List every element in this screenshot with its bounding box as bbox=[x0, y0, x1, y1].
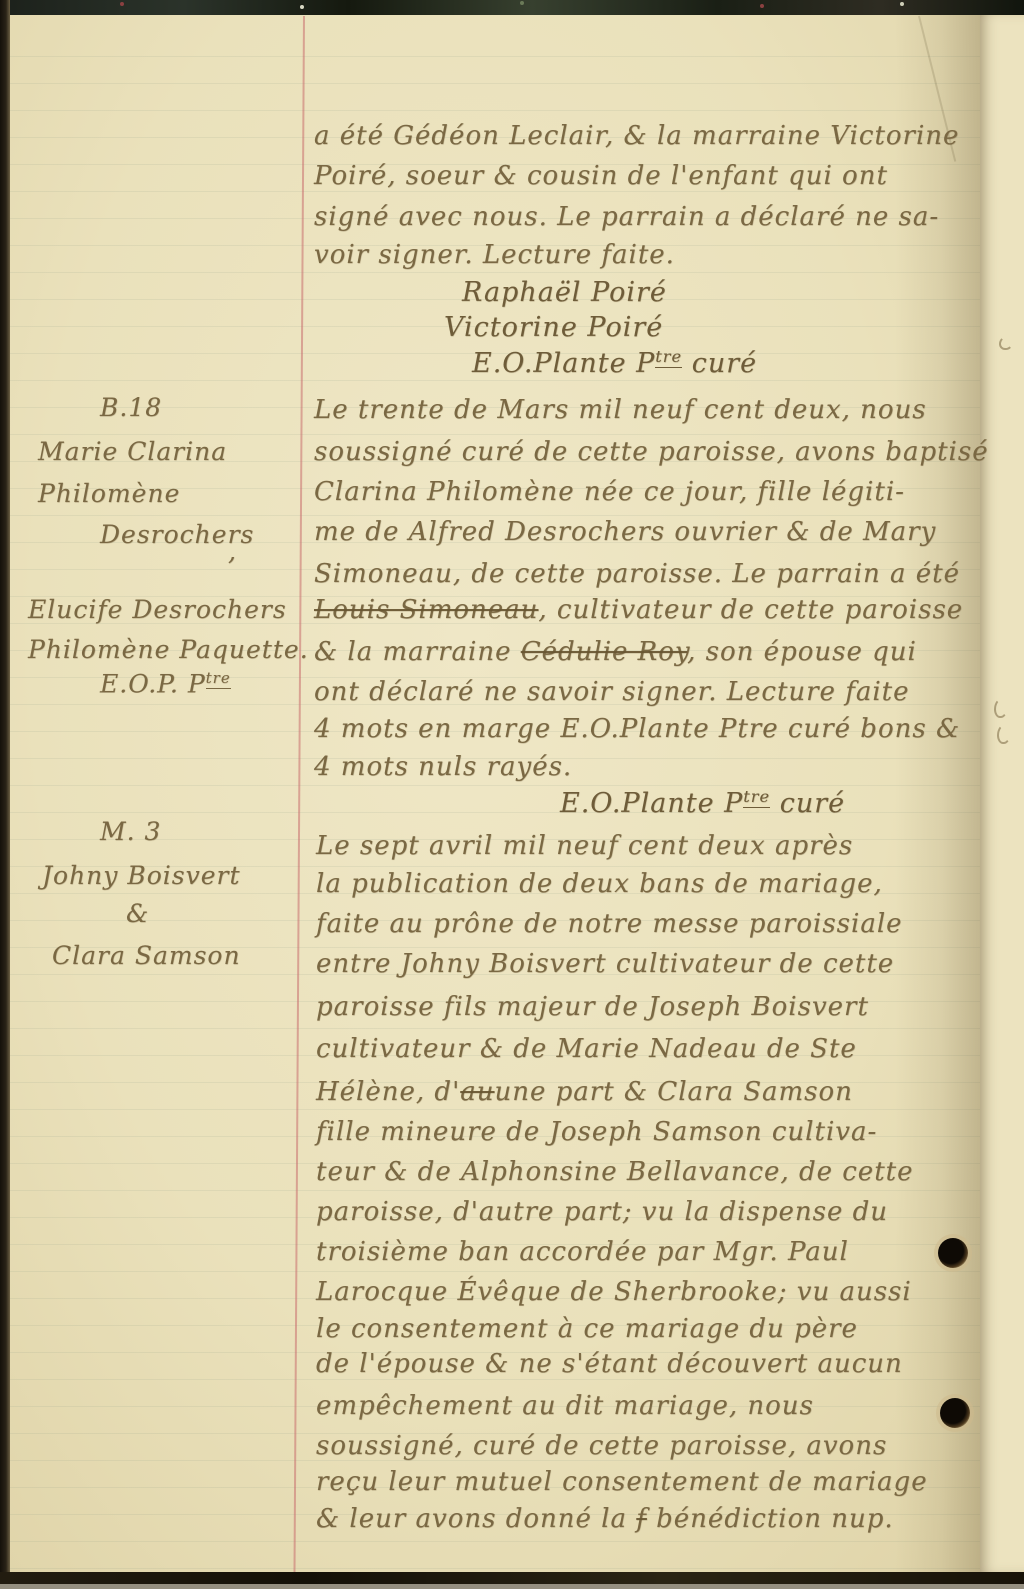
manuscript-line: 4 mots en marge E.O.Plante Ptre curé bon… bbox=[314, 715, 960, 745]
cleric-role: curé bbox=[770, 788, 845, 819]
margin-ref: M. 3 bbox=[100, 818, 161, 847]
manuscript-line: Le trente de Mars mil neuf cent deux, no… bbox=[314, 396, 927, 426]
manuscript-line: fille mineure de Joseph Samson cultiva- bbox=[316, 1118, 877, 1148]
signature-line: E.O.Plante Ptre curé bbox=[472, 348, 757, 379]
margin-ink-mark: , bbox=[228, 538, 237, 567]
manuscript-line: Larocque Évêque de Sherbrooke; vu aussi bbox=[316, 1278, 912, 1308]
manuscript-line: Simoneau, de cette paroisse. Le parrain … bbox=[314, 560, 960, 590]
punch-hole bbox=[938, 1238, 968, 1268]
book-binding-left bbox=[0, 0, 10, 1589]
manuscript-line: reçu leur mutuel consentement de mariage bbox=[316, 1468, 928, 1498]
cleric-name: E.O.Plante P bbox=[472, 348, 655, 379]
next-page-edge bbox=[980, 15, 1024, 1572]
margin-name-line: Marie Clarina bbox=[38, 438, 227, 467]
manuscript-line: & leur avons donné la f bénédiction nup. bbox=[316, 1505, 894, 1535]
manuscript-line: Clarina Philomène née ce jour, fille lég… bbox=[314, 478, 905, 508]
signature-line: Victorine Poiré bbox=[444, 312, 663, 343]
manuscript-line: Louis Simoneau, cultivateur de cette par… bbox=[314, 596, 963, 626]
cleric-title-superscript: tre bbox=[655, 347, 682, 368]
manuscript-line: paroisse fils majeur de Joseph Boisvert bbox=[316, 993, 869, 1023]
line-text: , son épouse qui bbox=[687, 637, 917, 667]
manuscript-line: 4 mots nuls rayés. bbox=[314, 753, 572, 783]
cleric-title-superscript: tre bbox=[206, 669, 231, 689]
manuscript-line: de l'épouse & ne s'étant découvert aucun bbox=[316, 1350, 903, 1380]
line-text: une part & Clara Samson bbox=[494, 1077, 852, 1107]
strikethrough-text: au bbox=[460, 1077, 494, 1107]
manuscript-line: paroisse, d'autre part; vu la dispense d… bbox=[316, 1198, 888, 1228]
margin-name-line: Clara Samson bbox=[52, 942, 241, 971]
manuscript-line: Poiré, soeur & cousin de l'enfant qui on… bbox=[314, 162, 888, 192]
signature-line: E.O.Plante Ptre curé bbox=[560, 788, 845, 819]
margin-name-line: Johny Boisvert bbox=[42, 862, 241, 891]
manuscript-line: empêchement au dit mariage, nous bbox=[316, 1392, 814, 1422]
strikethrough-text: Louis Simoneau bbox=[314, 595, 538, 625]
book-cover-top-edge bbox=[0, 0, 1024, 16]
strikethrough-text: Cédulie Roy bbox=[521, 637, 687, 667]
cleric-role: curé bbox=[682, 348, 757, 379]
line-text: & leur avons donné la bbox=[316, 1504, 636, 1534]
manuscript-line: troisième ban accordée par Mgr. Paul bbox=[316, 1238, 849, 1268]
manuscript-line: soussigné, curé de cette paroisse, avons bbox=[316, 1432, 887, 1462]
line-text: & la marraine bbox=[314, 637, 521, 667]
margin-ref: B.18 bbox=[100, 394, 162, 423]
scan-background-strip bbox=[0, 1584, 1024, 1589]
line-text: Hélène, d' bbox=[316, 1077, 460, 1107]
manuscript-line: voir signer. Lecture faite. bbox=[314, 241, 675, 271]
manuscript-line: me de Alfred Desrochers ouvrier & de Mar… bbox=[314, 518, 936, 548]
manuscript-line: le consentement à ce mariage du père bbox=[316, 1315, 858, 1345]
manuscript-line: cultivateur & de Marie Nadeau de Ste bbox=[316, 1035, 857, 1065]
manuscript-line: a été Gédéon Leclair, & la marraine Vict… bbox=[314, 122, 959, 152]
manuscript-line: la publication de deux bans de mariage, bbox=[316, 870, 883, 900]
margin-witness-line: Philomène Paquette. bbox=[28, 636, 309, 665]
manuscript-line: faite au prône de notre messe paroissial… bbox=[316, 910, 903, 940]
manuscript-line: Hélène, d'auune part & Clara Samson bbox=[316, 1078, 853, 1108]
strikethrough-text: f bbox=[636, 1504, 647, 1534]
signature-line: Raphaël Poiré bbox=[462, 277, 667, 308]
margin-witness-line: Elucife Desrochers bbox=[28, 596, 287, 625]
manuscript-line: & la marraine Cédulie Roy, son épouse qu… bbox=[314, 638, 917, 668]
manuscript-line: ont déclaré ne savoir signer. Lecture fa… bbox=[314, 678, 910, 708]
page-fold-shadow bbox=[895, 15, 980, 1572]
cleric-name: E.O.Plante P bbox=[560, 788, 743, 819]
manuscript-line: signé avec nous. Le parrain a déclaré ne… bbox=[314, 203, 939, 233]
cleric-initials: E.O.P. P bbox=[100, 669, 206, 698]
cleric-title-superscript: tre bbox=[743, 787, 770, 808]
manuscript-line: entre Johny Boisvert cultivateur de cett… bbox=[316, 950, 894, 980]
punch-hole bbox=[940, 1398, 970, 1428]
register-page-scan: a été Gédéon Leclair, & la marraine Vict… bbox=[0, 0, 1024, 1589]
line-text: , cultivateur de cette paroisse bbox=[538, 595, 963, 625]
margin-name-line: & bbox=[126, 900, 149, 929]
margin-name-line: Philomène bbox=[38, 480, 180, 509]
manuscript-line: Le sept avril mil neuf cent deux après bbox=[316, 832, 853, 862]
book-cover-bottom-edge bbox=[0, 1572, 1024, 1584]
manuscript-line: teur & de Alphonsine Bellavance, de cett… bbox=[316, 1158, 913, 1188]
line-text: bénédiction nup. bbox=[647, 1504, 894, 1534]
margin-cleric-initials: E.O.P. Ptre bbox=[100, 670, 231, 699]
manuscript-line: soussigné curé de cette paroisse, avons … bbox=[314, 438, 989, 468]
